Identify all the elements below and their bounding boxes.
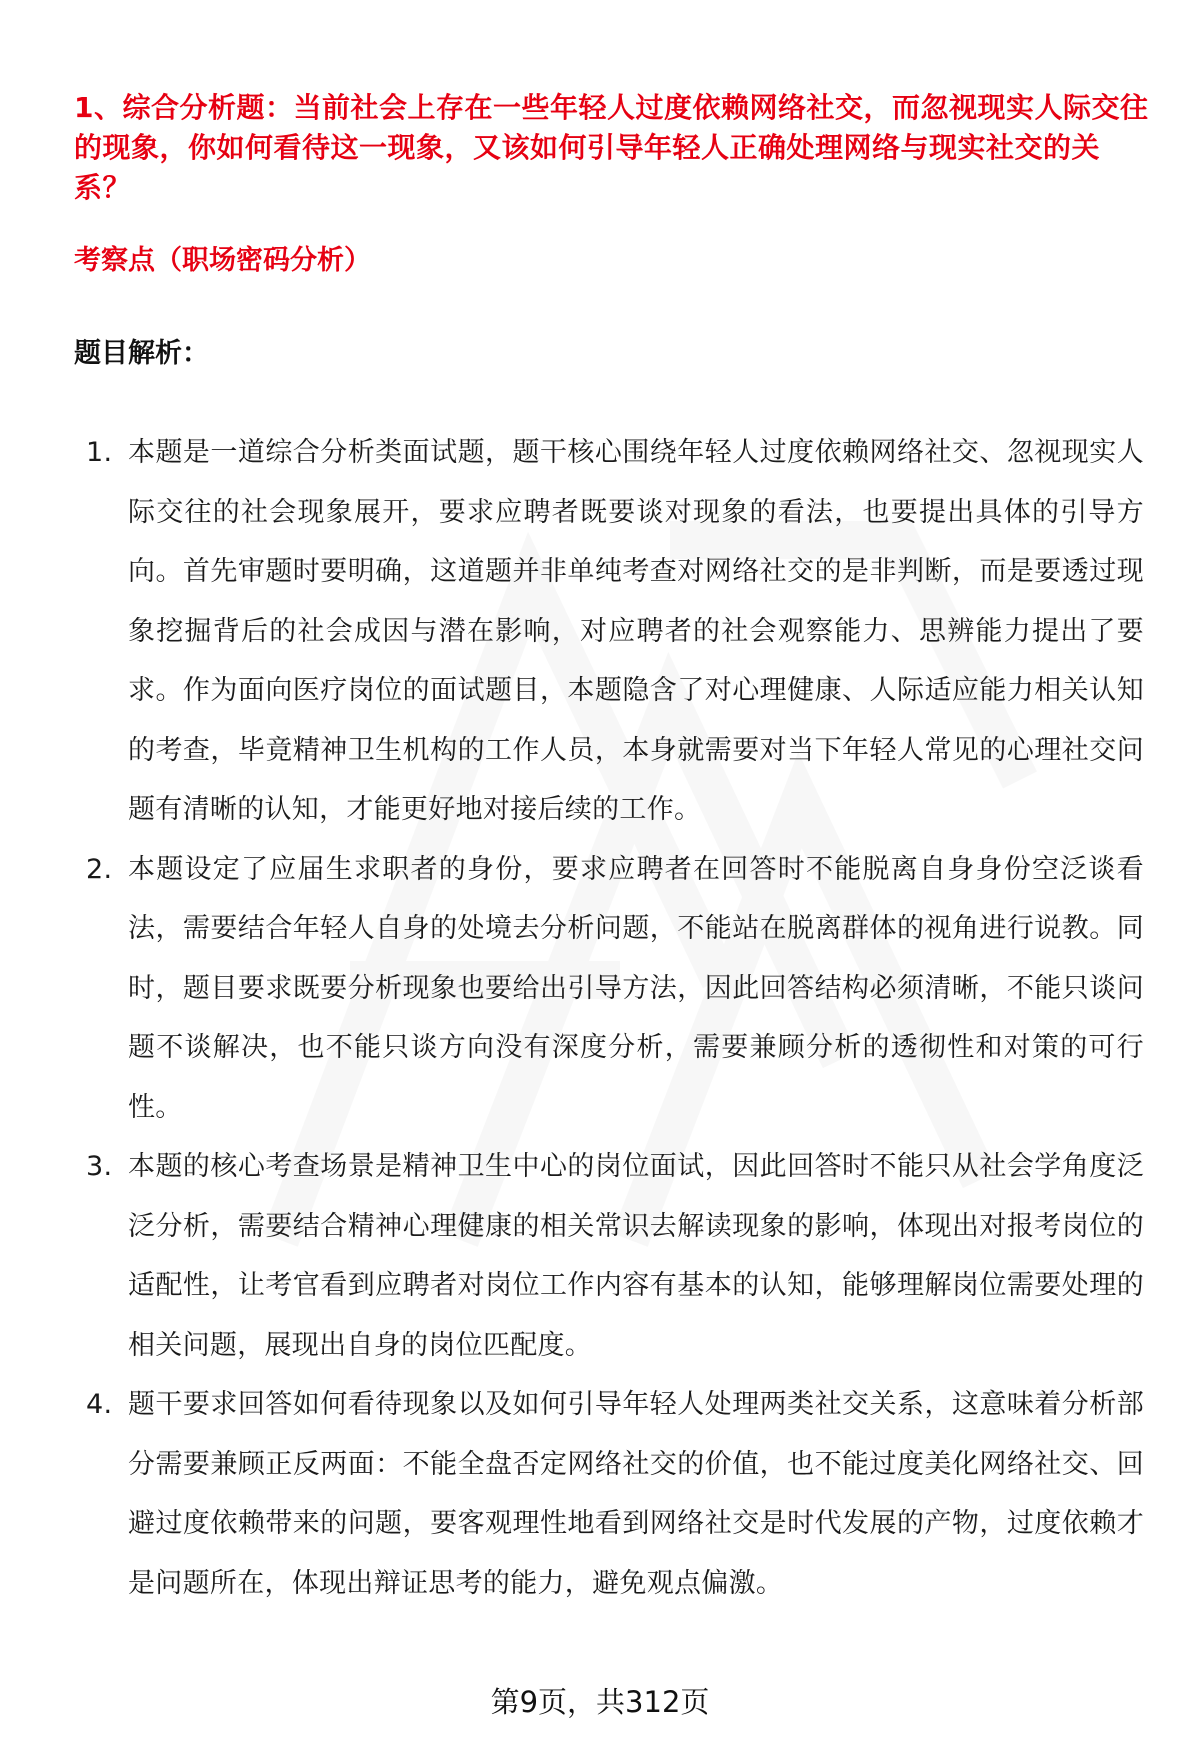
analysis-heading: 题目解析：	[74, 336, 209, 372]
item-number: 2.	[86, 840, 112, 900]
question-title: 1、综合分析题：当前社会上存在一些年轻人过度依赖网络社交，而忽视现实人际交往的现…	[74, 88, 1154, 208]
analysis-item: 1. 本题是一道综合分析类面试题，题干核心围绕年轻人过度依赖网络社交、忽视现实人…	[74, 423, 1144, 840]
item-number: 1.	[86, 423, 112, 483]
item-number: 3.	[86, 1137, 112, 1197]
exam-point-heading: 考察点（职场密码分析）	[74, 243, 371, 279]
page-number: 第9页，共312页	[0, 1682, 1200, 1722]
item-text: 题干要求回答如何看待现象以及如何引导年轻人处理两类社交关系，这意味着分析部分需要…	[128, 1389, 1144, 1599]
analysis-item: 4. 题干要求回答如何看待现象以及如何引导年轻人处理两类社交关系，这意味着分析部…	[74, 1375, 1144, 1613]
item-text: 本题是一道综合分析类面试题，题干核心围绕年轻人过度依赖网络社交、忽视现实人际交往…	[128, 437, 1144, 825]
item-text: 本题设定了应届生求职者的身份，要求应聘者在回答时不能脱离自身身份空泛谈看法，需要…	[128, 854, 1144, 1123]
item-number: 4.	[86, 1375, 112, 1435]
analysis-item: 2. 本题设定了应届生求职者的身份，要求应聘者在回答时不能脱离自身身份空泛谈看法…	[74, 840, 1144, 1138]
analysis-list: 1. 本题是一道综合分析类面试题，题干核心围绕年轻人过度依赖网络社交、忽视现实人…	[74, 423, 1144, 1613]
item-text: 本题的核心考查场景是精神卫生中心的岗位面试，因此回答时不能只从社会学角度泛泛分析…	[128, 1151, 1144, 1361]
analysis-item: 3. 本题的核心考查场景是精神卫生中心的岗位面试，因此回答时不能只从社会学角度泛…	[74, 1137, 1144, 1375]
